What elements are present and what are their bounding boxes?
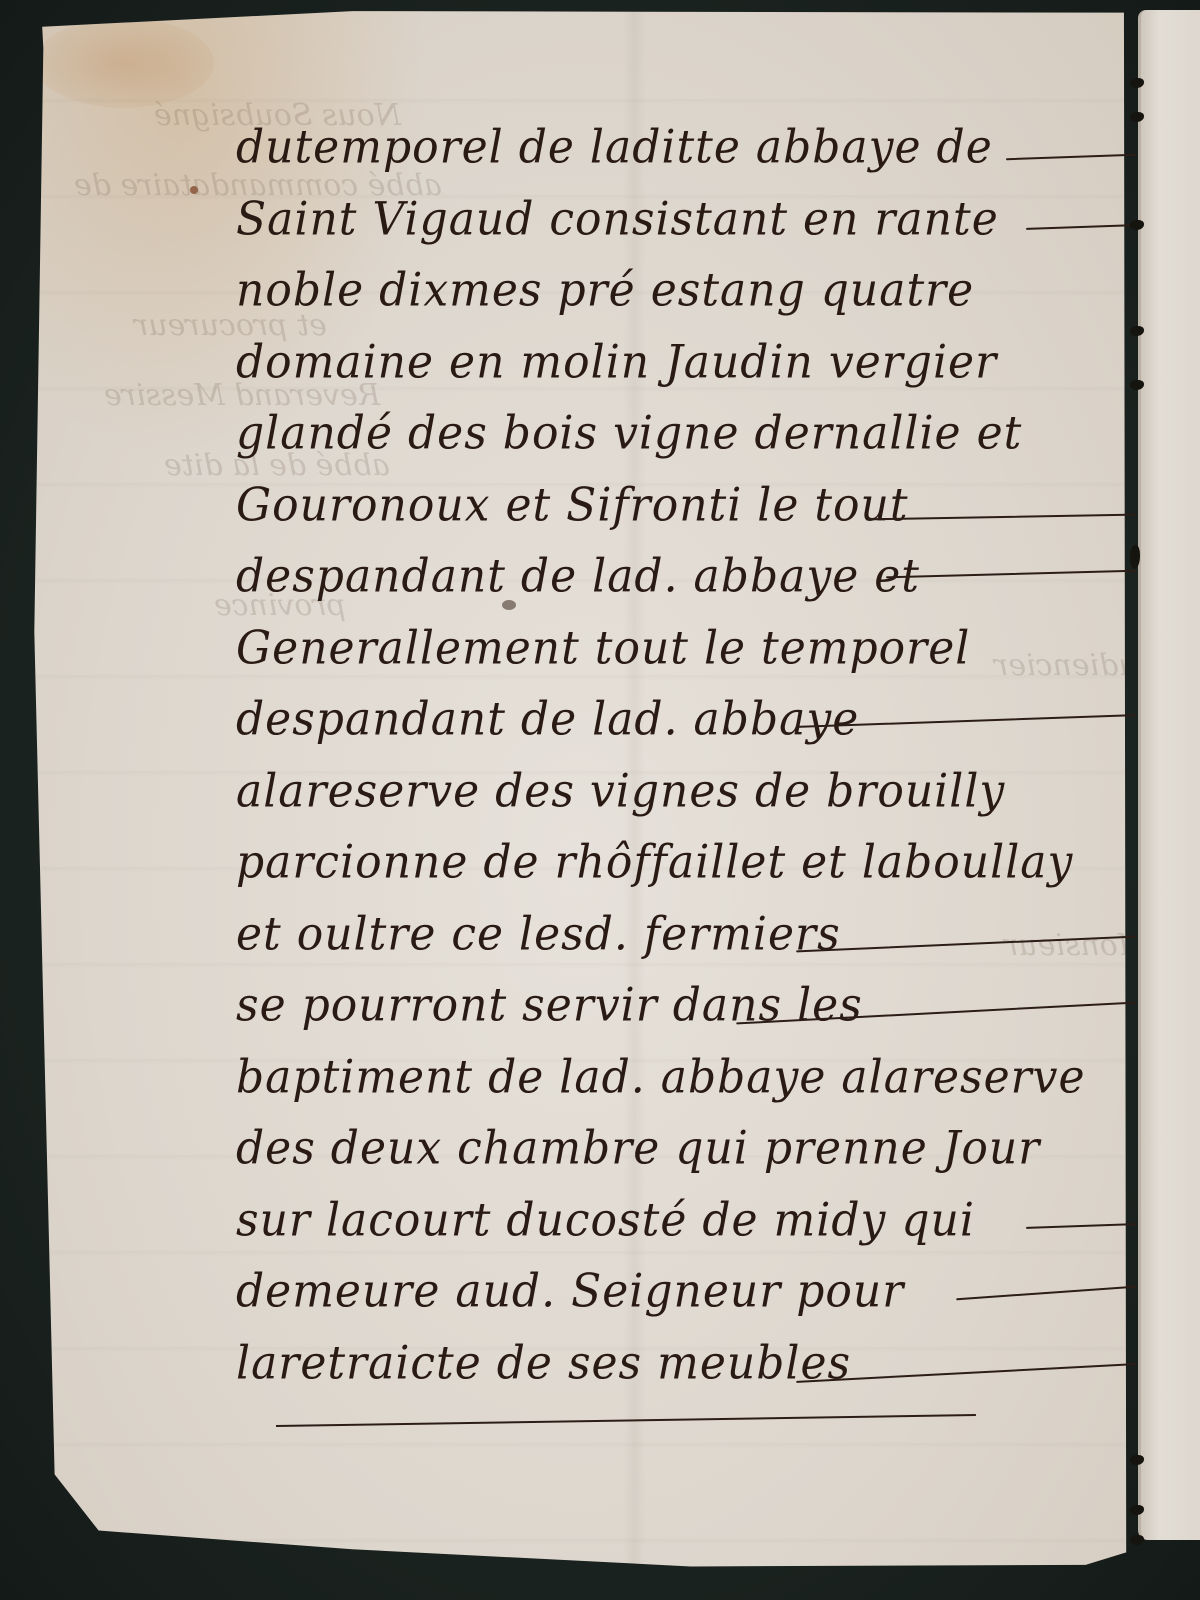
stitch-hole [1130, 545, 1140, 569]
manuscript-line: Saint Vigaud consistant en rante [236, 190, 1136, 262]
photo-background: Nous Soubsigné abbé commandataire de et … [0, 0, 1200, 1600]
stitch-hole [1130, 1535, 1144, 1545]
manuscript-line: Generallement tout le temporel [236, 619, 1136, 691]
stitch-hole [1130, 380, 1144, 390]
manuscript-line: glandé des bois vigne dernallie et [236, 404, 1136, 476]
line-filler-stroke [1006, 154, 1136, 161]
line-filler-stroke [956, 1286, 1136, 1301]
manuscript-line: despandant de lad. abbaye et [236, 547, 1136, 619]
stitch-hole [1130, 78, 1144, 88]
age-stain [34, 18, 214, 108]
manuscript-line: se pourront servir dans les [236, 976, 1136, 1048]
line-filler-stroke [1026, 224, 1136, 230]
manuscript-line: laretraicte de ses meubles [236, 1334, 1136, 1406]
manuscript-line: despandant de lad. abbaye [236, 690, 1136, 762]
stitch-hole [1130, 112, 1144, 122]
line-filler-stroke [796, 935, 1136, 952]
manuscript-line: des deux chambre qui prenne Jour [236, 1119, 1136, 1191]
manuscript-line: dutemporel de laditte abbaye de [236, 118, 1136, 190]
manuscript-line: domaine en molin Jaudin vergier [236, 333, 1136, 405]
manuscript-text-block: dutemporel de laditte abbaye de Saint Vi… [236, 118, 1136, 1405]
manuscript-line: noble dixmes pré estang quatre [236, 261, 1136, 333]
manuscript-line: parcionne de rhôffaillet et laboullay [236, 833, 1136, 905]
manuscript-line: et oultre ce lesd. fermiers [236, 905, 1136, 977]
stitch-hole [1130, 326, 1144, 336]
line-filler-stroke [886, 570, 1136, 579]
stitch-hole [1130, 220, 1144, 230]
binding-stitch-holes [1130, 0, 1150, 1600]
ink-spot [190, 186, 198, 194]
stitch-hole [1130, 1505, 1144, 1515]
stitch-hole [1130, 1455, 1144, 1465]
manuscript-line: baptiment de lad. abbaye alareserve [236, 1048, 1136, 1120]
manuscript-line: sur lacourt ducosté de midy qui [236, 1191, 1136, 1263]
manuscript-line: alareserve des vignes de brouilly [236, 762, 1136, 834]
manuscript-line: Gouronoux et Sifronti le tout [236, 476, 1136, 548]
manuscript-line: demeure aud. Seigneur pour [236, 1262, 1136, 1334]
line-filler-stroke [1026, 1223, 1136, 1229]
